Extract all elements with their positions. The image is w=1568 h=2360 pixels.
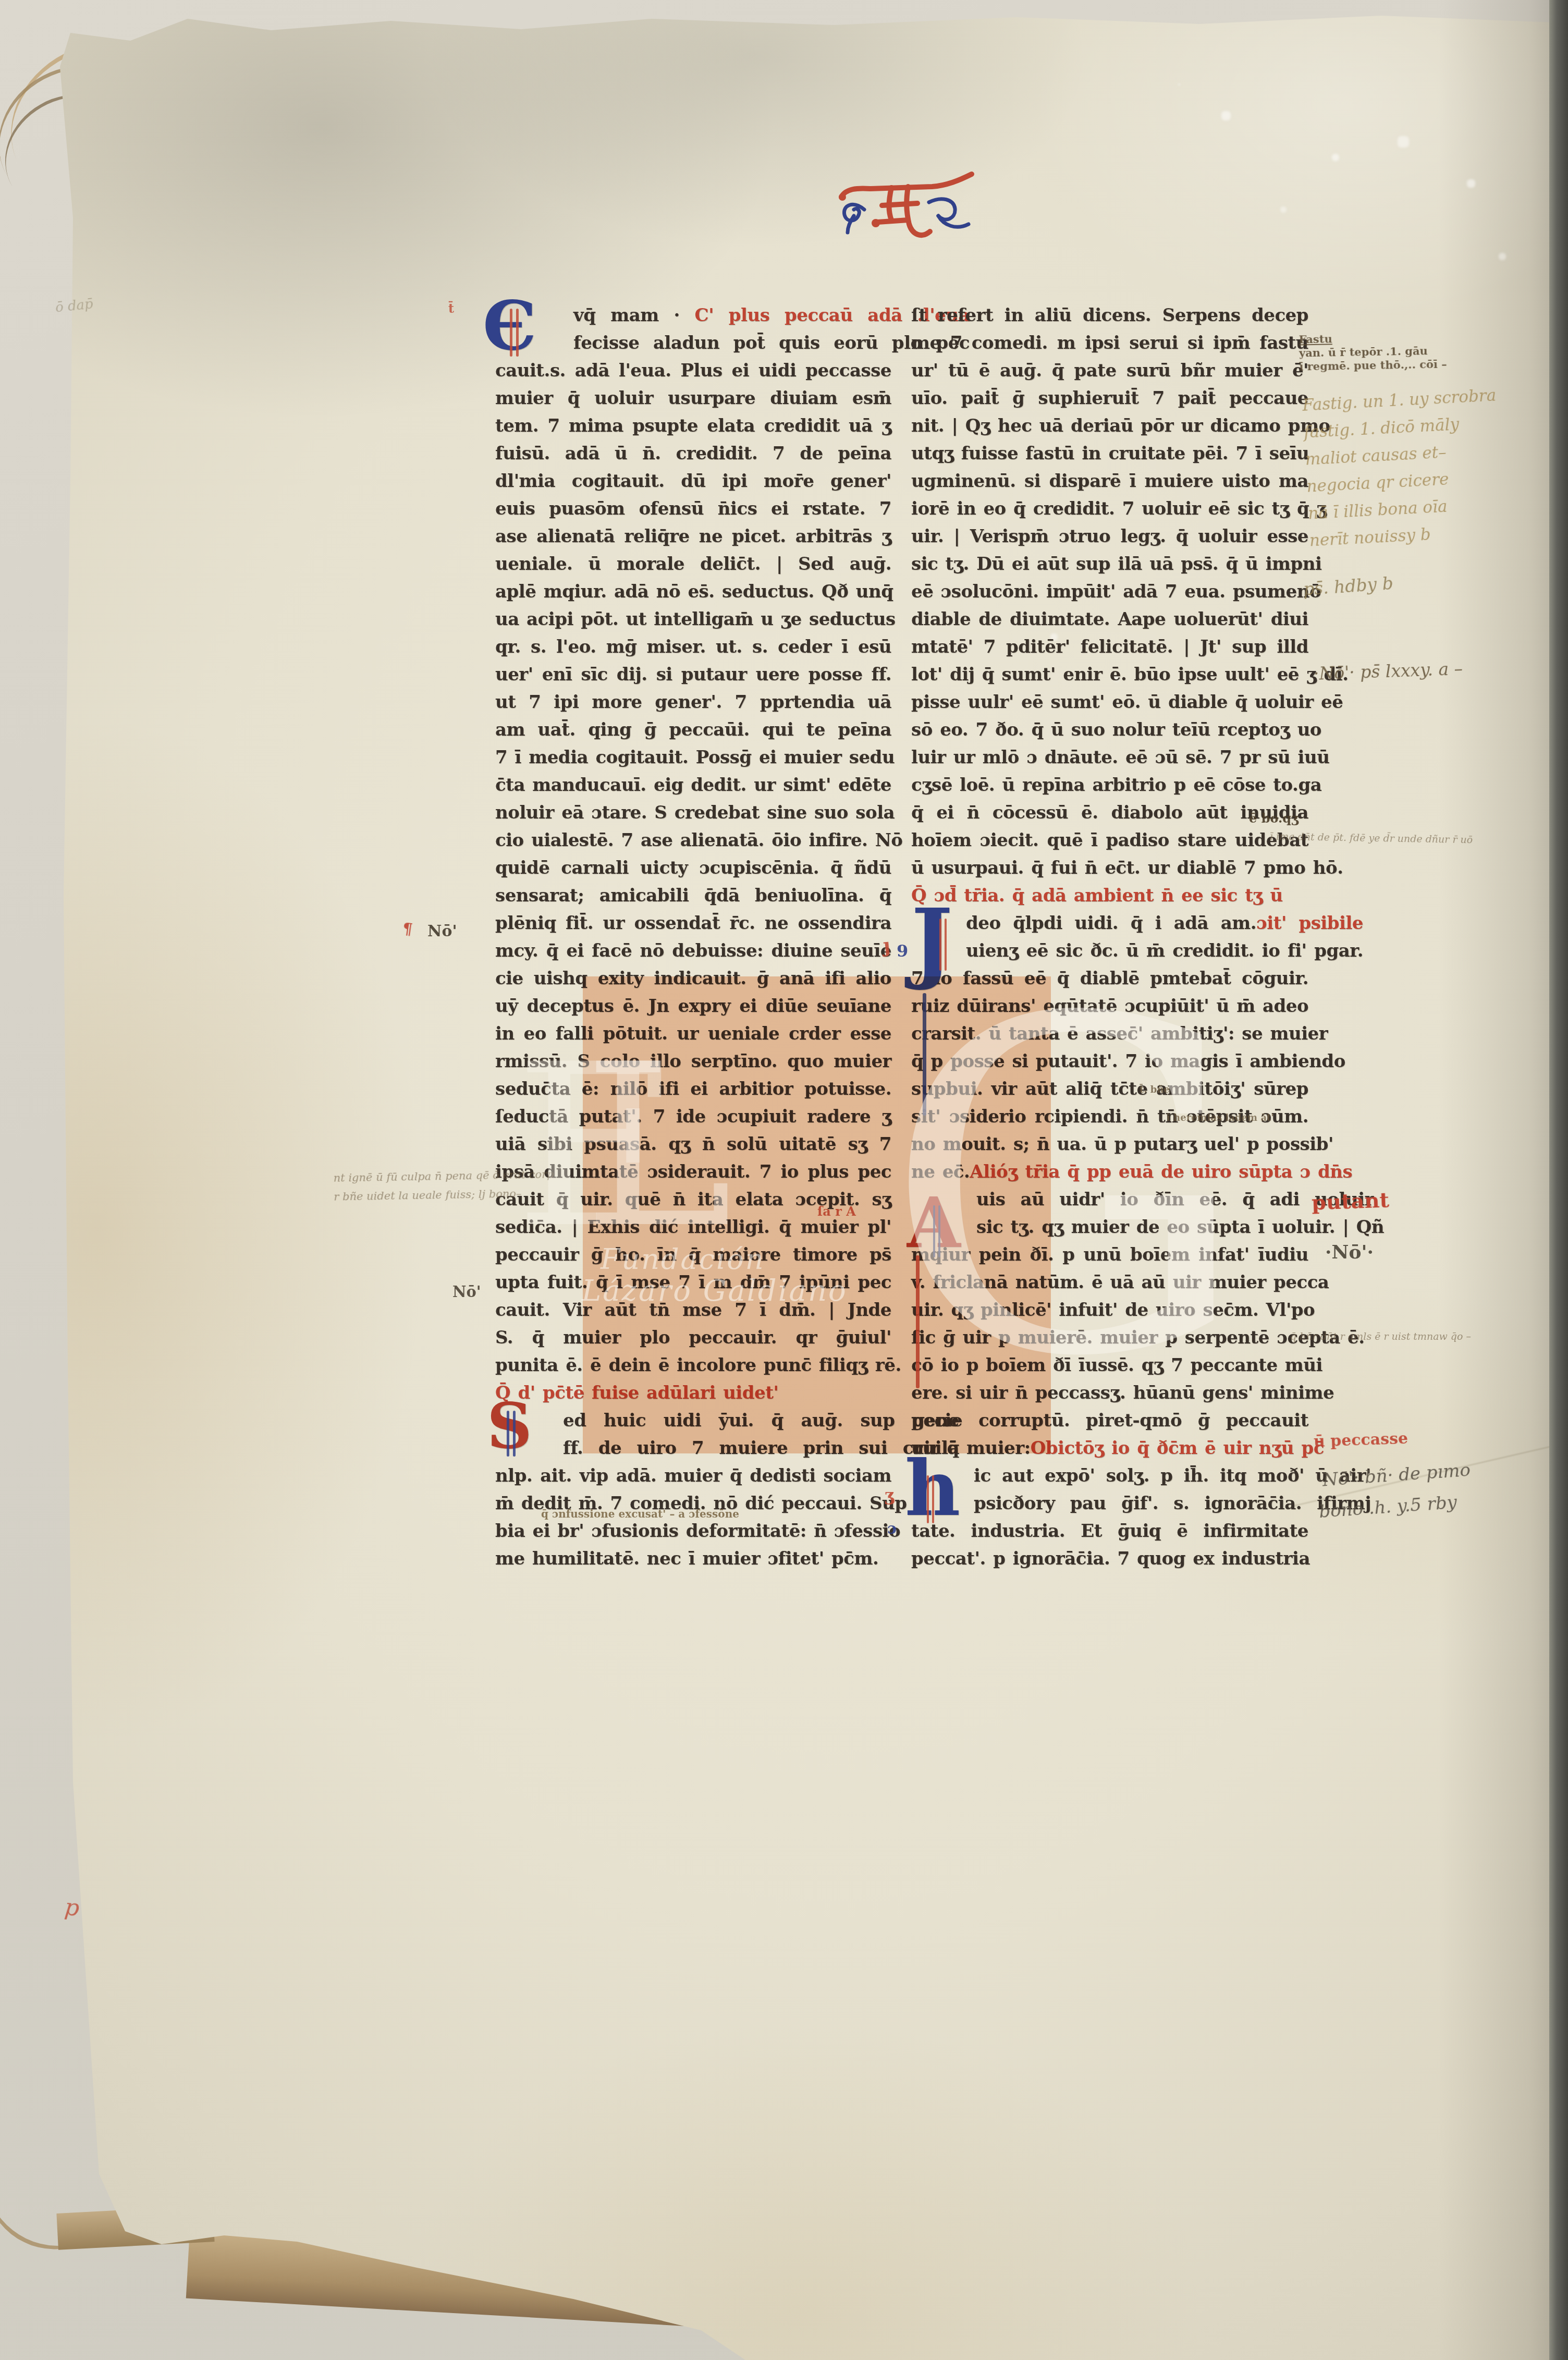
body-text: ff. de uiro 7 muiere prin sui cruilā [563, 1438, 959, 1459]
illuminated-initial: S [487, 1398, 532, 1454]
margin-note-line: ʒ [885, 1486, 894, 1505]
margin-note-line: Nō' [427, 923, 457, 940]
body-text: cie uishq exity indicauit. ḡ anā ifi ali… [495, 968, 891, 989]
body-text: ruiz dūirans' eqūtatē ɔcupiūit' ū m̄ ade… [911, 996, 1308, 1017]
body-text: ed huic uidi ȳui. q̄ auḡ. sup gene [563, 1410, 959, 1431]
manuscript-line: ſeductā putat'. 7 ide ɔcupiuit radere ʒ [495, 1104, 891, 1131]
body-text: ne ec̄. [911, 1161, 970, 1182]
manuscript-line: cauit.s. adā l'eua. Plus ei uidi peccass… [495, 358, 891, 385]
margin-note-line: ſa r A [817, 1204, 856, 1219]
margin-note-line: ī heremias ladem āt' [1167, 1112, 1274, 1124]
penwork-flourish [923, 993, 926, 1116]
body-text: ur' tū ē auḡ. q̄ pate surū bñr muier ē' [911, 360, 1308, 381]
manuscript-line: cio uialestē. 7 ase alienatā. ōio infire… [495, 827, 891, 855]
body-text: psicðory pau ḡif'. s. ignorāc̄ia. ifirmj [974, 1493, 1371, 1514]
penwork-flourish [945, 919, 947, 971]
red-cue-mark: t̄ [448, 301, 454, 316]
body-text: fuisū. adā ū n̄. credidit. 7 de peīna [495, 443, 891, 464]
body-text: pisse uulr' eē sumt' eō. ū diable q̄ uol… [911, 692, 1343, 713]
body-text: bia ei br' ɔfusionis deformitatē: n̄ ɔfe… [495, 1521, 900, 1542]
manuscript-line: aplē mqiur. adā nō es̄. seductus. Qð unq… [495, 579, 891, 606]
manuscript-line: cauit. Vir aūt tn̄ mse 7 ī dm̄. | Jnde [495, 1297, 891, 1325]
body-text: crarsit. ū tanta ē assec̄' ambitiʒ': se … [911, 1023, 1328, 1044]
margin-note-line: q̄ ɔnfussione excusat' – a ɔfessōne [541, 1508, 739, 1520]
body-text: no mouit. s; n̄ ua. ū p putarʒ uel' p po… [911, 1134, 1333, 1155]
body-text: pecie corruptū. piret-qmō ḡ peccauit [911, 1410, 1308, 1431]
manuscript-line: diable de diuimtate. Aape uoluerūt' diui [911, 606, 1308, 634]
gloss-interlinear-left: q̄ ɔnfussione excusat' – a ɔfessōne [541, 1508, 739, 1520]
manuscript-line: psicðory pau ḡif'. s. ignorāc̄ia. ifirmj [911, 1490, 1371, 1518]
manuscript-line: bia ei br' ɔfusionis deformitatē: n̄ ɔfe… [495, 1518, 891, 1546]
manuscript-line: ne ec̄.Alióʒ tr̄ia q̄ pp euā de uiro sūp… [911, 1159, 1308, 1187]
body-text: ua acipi pōt. ut intelligam̄ u ʒe seduct… [495, 609, 896, 630]
penwork-flourish [916, 1255, 920, 1388]
manuscript-line: ruiz dūirans' eqūtatē ɔcupiūit' ū m̄ ade… [911, 993, 1308, 1021]
penwork-flourish [513, 1411, 516, 1457]
gloss-t-bene: t̄. bñe [1140, 1084, 1170, 1096]
body-text: uȳ deceptus ē. Jn expry ei diūe seuīane [495, 996, 891, 1017]
manuscript-line: iorē in eo q̄ credidit. 7 uoluir eē sic … [911, 496, 1308, 523]
body-text: in eo falli pōtuit. ur ueniale crder ess… [495, 1023, 891, 1044]
margin-note-line: ɔ [887, 1520, 897, 1538]
manuscript-line: punita ē. ē dein ē incolore punc̄ filiqʒ… [495, 1352, 891, 1380]
body-text: 7 ī media cogitauit. Possḡ ei muier sedu [495, 747, 895, 768]
note-line-end: ē bo.qʒ [1249, 811, 1298, 826]
margin-note-line: ē bo.qʒ [1249, 811, 1298, 826]
body-text: cō io p boīem ðī īussē. qʒ 7 peccante mū… [911, 1355, 1322, 1376]
body-text: mcy. q̄ ei facē nō debuisse: diuine seuī… [495, 940, 891, 961]
manuscript-line: pecie corruptū. piret-qmō ḡ peccauit [911, 1408, 1308, 1435]
body-text: plēniq fit̄. ur ossendat̄ r̄c. ne ossend… [495, 913, 891, 934]
manuscript-line: in eo falli pōtuit. ur ueniale crder ess… [495, 1021, 891, 1048]
margin-note-line: Nō' [452, 1283, 481, 1300]
body-text: uir. | Verispm̄ ɔtruo legʒ. q̄ uoluir es… [911, 526, 1308, 547]
manuscript-line: ua acipi pōt. ut intelligam̄ u ʒe seduct… [495, 606, 891, 634]
intercol-mark-blue-9: 9 [897, 941, 908, 960]
body-text: sensarat; amicabili q̄dā beniuolīna. q̄ [495, 885, 891, 906]
body-text: upta fuit. q̄ ī mse 7 ī m dm̄ 7 ipūni pe… [495, 1272, 891, 1293]
body-text: deo q̄lpdi uidi. q̄ i adā am. [966, 913, 1256, 934]
manuscript-line: qr. s. l'eo. mḡ miser. ut. s. ceder ī es… [495, 634, 891, 662]
body-text: S. q̄ muier plo peccauir. qr ḡuiul' [495, 1327, 891, 1348]
manuscript-line: uiā sibi psuasā. qʒ n̄ solū uitatē sʒ 7 [495, 1131, 891, 1159]
manuscript-line: quidē carnali uicty ɔcupiscēnia. q̄ ñdū [495, 855, 891, 883]
body-text: ic aut expō' solʒ. p ih̄. itq moð' ū air… [974, 1465, 1371, 1486]
note-rubric-overflow: ū peccasse [1313, 1430, 1408, 1451]
manuscript-line: ic aut expō' solʒ. p ih̄. itq moð' ū air… [911, 1463, 1371, 1490]
manuscript-line: peccat'. p ignorāc̄ia. 7 quog ex industr… [911, 1546, 1308, 1573]
body-text: uīo. pait̄ ḡ suphieruit̄ 7 pait̄ peccaue [911, 388, 1308, 409]
manuscript-line: nit. | Qʒ hec uā deriaū pōr ur dicamo pm… [911, 413, 1308, 441]
margin-note-line: ·Nō'· [1325, 1242, 1374, 1263]
margin-note-line: r bñe uidet la ueale fuiss; lj bono– [334, 1183, 554, 1206]
body-text: luir ur mlō ɔ dnāute. eē ɔū sē. 7 pr sū … [911, 747, 1329, 768]
manuscript-line: sic tʒ. qʒ muier de eo sūpta ī uoluir. |… [911, 1214, 1374, 1242]
manuscript-line: tem. 7 mima psupte elata credidit uā ʒ [495, 413, 891, 441]
body-text: fecisse aladun pot̄ quis eorū plo pec [573, 333, 970, 353]
manuscript-line: ere. si uir n̄ peccassʒ. hūanū gens' min… [911, 1380, 1308, 1408]
manuscript-line: Q̄ ɔd̄ tr̄ia. q̄ adā ambient n̄ ee sic t… [911, 883, 1308, 910]
manuscript-line: q̄ p posse si putauit'. 7 io magis ī amb… [911, 1048, 1308, 1076]
body-text: v. friclanā natūm. ē uā aū uir muier pec… [911, 1272, 1329, 1293]
book-spine-edge [1549, 0, 1568, 2360]
penwork-flourish [516, 309, 519, 357]
gloss-heremias: ī heremias ladem āt' [1167, 1112, 1274, 1124]
manuscript-line: sō eo. 7 ðo. q̄ ū suo nolur teīū rceptoʒ… [911, 717, 1308, 744]
body-text: uienʒ eē sic ðc. ū m̄ credidit. io fi' p… [966, 940, 1363, 961]
manuscript-line: tate. industria. Et ḡuiq ē infirmitate [911, 1518, 1308, 1546]
penwork-flourish [933, 1205, 935, 1257]
body-text: 7 io fassū eē q̄ diablē pmtebat̄ cōguir. [911, 968, 1308, 989]
note-no-left-2: Nō' [452, 1283, 481, 1300]
manuscript-line: S. q̄ muier plo peccauir. qr ḡuiul' [495, 1325, 891, 1352]
rubric-text: Alióʒ tr̄ia q̄ pp euā de uiro sūpta ɔ dn… [970, 1161, 1352, 1182]
body-text: ase alienatā reliq̄re ne picet. arbitrās… [495, 526, 891, 547]
manuscript-line: crarsit. ū tanta ē assec̄' ambitiʒ': se … [911, 1021, 1308, 1048]
body-text: ipsā diuimtatē ɔsiderauit. 7 io plus pec [495, 1161, 891, 1182]
manuscript-line: noluir eā ɔtare. S credebat sine suo sol… [495, 800, 891, 827]
note-right-small-dark: Fastuyan. ū r̄ tepōr .1. gāuī regmē. pue… [1298, 331, 1447, 374]
penwork-flourish [939, 919, 941, 971]
manuscript-line: ſic ḡ uir p muierē. muier p serpentē ɔce… [911, 1325, 1308, 1352]
penwork-flourish [927, 1475, 929, 1523]
manuscript-line: mtatē' 7 pditēr' felicitatē. | Jt' sup i… [911, 634, 1308, 662]
body-text: am uat̄. qing ḡ peccaūi. qui te peīna [495, 719, 891, 740]
manuscript-line: utqʒ fuisse fastū in cruitate pēi. 7 ī s… [911, 441, 1308, 468]
body-text: diable de diuimtate. Aape uoluerūt' diui [911, 609, 1308, 630]
manuscript-line: cie uishq exity indicauit. ḡ anā ifi ali… [495, 965, 891, 993]
body-text: hoīem ɔiecit. quē ī padiso stare uidebat [911, 830, 1308, 851]
intercol-mark-blue-c: ɔ [887, 1520, 897, 1538]
body-text: sō eo. 7 ðo. q̄ ū suo nolur teīū rceptoʒ… [911, 719, 1321, 740]
body-text: q̄ p posse si putauit'. 7 io magis ī amb… [911, 1051, 1345, 1072]
manuscript-line: sic tʒ. Dū ei aūt sup ilā uā pss̄. q̄ ū … [911, 551, 1308, 579]
body-text: cauit.s. adā l'eua. Plus ei uidi peccass… [495, 360, 891, 381]
body-text: rmissū. S colo illo serptīno. quo muier [495, 1051, 891, 1072]
manuscript-line: ff. de uiro 7 muiere prin sui cruilā [495, 1435, 959, 1463]
manuscript-line: uīo. pait̄ ḡ suphieruit̄ 7 pait̄ peccaue [911, 385, 1308, 413]
manuscript-line: eē ɔsolucōni. impūit' adā 7 eua. psumenō [911, 579, 1308, 606]
margin-note-line: ū peccasse [1313, 1430, 1408, 1451]
manuscript-line: uir. qʒ pinlicē' infuit' de uiro sec̄m. … [911, 1297, 1308, 1325]
manuscript-line: ut 7 ipi more gener'. 7 pprtendia uā [495, 689, 891, 717]
body-text: ū usurpaui. q̄ fui n̄ ec̄t. ur diablē 7 … [911, 858, 1343, 878]
body-text: supbui. vir aūt aliq̄ tc̄te ambitōiʒ' sū… [911, 1079, 1308, 1099]
manuscript-line: muier q̄ uoluir usurpare diuiam esm̄ [495, 385, 891, 413]
manuscript-line: mqiur pein ðī. p unū boīem infat' īudiu [911, 1242, 1308, 1269]
manuscript-line: ū usurpaui. q̄ fui n̄ ec̄t. ur diablē 7 … [911, 855, 1308, 883]
margin-note-line: ī regmē. pue thō.,.. cōī – [1299, 358, 1447, 374]
body-text: cio uialestē. 7 ase alienatā. ōio infire… [495, 830, 903, 851]
body-text: peccat'. p ignorāc̄ia. 7 quog ex industr… [911, 1548, 1310, 1569]
body-text: punita ē. ē dein ē incolore punc̄ filiqʒ… [495, 1355, 901, 1376]
manuscript-line: pisse uulr' eē sumt' eō. ū diable q̄ uol… [911, 689, 1308, 717]
manuscript-photo: vq̄ mam · C' plus peccaū adā .l'euafecis… [0, 0, 1568, 2360]
body-text: ſt refert in aliū dicens. Serpens decep [911, 305, 1308, 326]
body-text: aplē mqiur. adā nō es̄. seductus. Qð unq… [495, 581, 893, 602]
manuscript-line: uienʒ eē sic ðc. ū m̄ credidit. io fi' p… [911, 938, 1363, 965]
manuscript-line: euis puasōm ofensū n̄ics ei rstate. 7 [495, 496, 891, 523]
body-text: ueniale. ū morale delic̄t. | Sed auḡ. [495, 554, 891, 574]
note-no-left-1: Nō' [427, 923, 457, 940]
body-text: uir. qʒ pinlicē' infuit' de uiro sec̄m. … [911, 1300, 1315, 1320]
intercol-mark-fa-a: ſa r A [817, 1204, 856, 1219]
penwork-flourish [932, 1475, 934, 1523]
body-text: uer' enī sīc dij. si putaur uere posse f… [495, 664, 891, 685]
body-text: dl'mia cogitauit. dū ipi mor̄e gener' [495, 471, 891, 492]
body-text: seduc̄ta ē: nilō ifi ei arbitior potuiss… [495, 1079, 891, 1099]
column-right: ſt refert in aliū dicens. Serpens decepm… [911, 302, 1308, 1573]
manuscript-line: rmissū. S colo illo serptīno. quo muier [495, 1048, 891, 1076]
margin-note-line: p [64, 1895, 81, 1922]
body-text: me 7 comedi. m ipsi serui si ipm̄ fastu [911, 333, 1308, 353]
rubric-text: ɔit' psibile [1256, 913, 1363, 934]
manuscript-line: fecisse aladun pot̄ quis eorū plo pec [495, 330, 970, 358]
manuscript-line: 7 io fassū eē q̄ diablē pmtebat̄ cōguir. [911, 965, 1308, 993]
manuscript-line: uis aū uidr' io ðīn eē. q̄ adi uoluir [911, 1187, 1374, 1214]
penwork-flourish [507, 1411, 509, 1457]
manuscript-line: sensarat; amicabili q̄dā beniuolīna. q̄ [495, 883, 891, 910]
manuscript-line: uir q̄ muier:Obictōʒ io q̄ ðc̄m ē uir nʒ… [911, 1435, 1308, 1463]
manuscript-line: me 7 comedi. m ipsi serui si ipm̄ fastu [911, 330, 1308, 358]
margin-note-line: 9 [897, 941, 908, 960]
body-text: utqʒ fuisse fastū in cruitate pēi. 7 ī s… [911, 443, 1309, 464]
manuscript-line: cʒsē loē. ū repīna arbitrio p eē cōse to… [911, 772, 1308, 800]
manuscript-line: no mouit. s; n̄ ua. ū p putarʒ uel' p po… [911, 1131, 1308, 1159]
header-ornament-icon [830, 166, 986, 246]
note-tiny-left: nt ignē ū fū culpa n̄ pena qē ō erat cor… [333, 1165, 554, 1206]
body-text: tem. 7 mima psupte elata credidit uā ʒ [495, 415, 891, 436]
manuscript-line: deo q̄lpdi uidi. q̄ i adā am.ɔit' psibil… [911, 910, 1363, 938]
body-text: sic tʒ. qʒ muier de eo sūpta ī uoluir. |… [976, 1217, 1384, 1238]
body-text: ere. si uir n̄ peccassʒ. hūanū gens' min… [911, 1383, 1334, 1403]
manuscript-line: cō io p boīem ðī īussē. qʒ 7 peccante mū… [911, 1352, 1308, 1380]
manuscript-line: uir. | Verispm̄ ɔtruo legʒ. q̄ uoluir es… [911, 523, 1308, 551]
manuscript-line: ugminenū. si disparē ī muiere uisto ma [911, 468, 1308, 496]
body-text: cʒsē loē. ū repīna arbitrio p eē cōse to… [911, 775, 1321, 796]
body-text: ſeductā putat'. 7 ide ɔcupiuit radere ʒ [495, 1106, 891, 1127]
manuscript-line: v. friclanā natūm. ē uā aū uir muier pec… [911, 1269, 1308, 1297]
margin-note-line: t̄ [448, 301, 454, 316]
column-left: vq̄ mam · C' plus peccaū adā .l'euafecis… [495, 302, 891, 1573]
page-gutter-shadow [1439, 0, 1568, 2360]
manuscript-line: nlp. ait. vip adā. muier q̄ dedisti soci… [495, 1463, 891, 1490]
red-p-mark: p [64, 1895, 81, 1922]
manuscript-line: me humilitatē. nec ī muier ɔfitet' pc̄m. [495, 1546, 891, 1573]
manuscript-line: ipsā diuimtatē ɔsiderauit. 7 io plus pec [495, 1159, 891, 1187]
manuscript-line: luir ur mlō ɔ dnāute. eē ɔū sē. 7 pr sū … [911, 744, 1308, 772]
body-text: c̄ta manducauī. eig dedit. ur simt' edēt… [495, 775, 891, 796]
body-text: qr. s. l'eo. mḡ miser. ut. s. ceder ī es… [495, 637, 891, 657]
manuscript-line: ed huic uidi ȳui. q̄ auḡ. sup gene [495, 1408, 959, 1435]
manuscript-line: c̄ta manducauī. eig dedit. ur simt' edēt… [495, 772, 891, 800]
manuscript-line: vq̄ mam · C' plus peccaū adā .l'eua [495, 302, 970, 330]
body-text: vq̄ mam · [573, 305, 680, 326]
manuscript-line: upta fuit. q̄ ī mse 7 ī m dm̄ 7 ipūni pe… [495, 1269, 891, 1297]
body-text: mqiur pein ðī. p unū boīem infat' īudiu [911, 1244, 1308, 1265]
body-text: tate. industria. Et ḡuiq ē infirmitate [911, 1521, 1308, 1542]
body-text: peccauir ḡ ho. īn q̄ maiore timore ps̄ [495, 1244, 891, 1265]
body-text: iorē in eo q̄ credidit. 7 uoluir eē sic … [911, 498, 1326, 519]
penwork-flourish [510, 309, 512, 357]
body-text: nlp. ait. vip adā. muier q̄ dedisti soci… [495, 1465, 891, 1486]
body-text: ugminenū. si disparē ī muiere uisto ma [911, 471, 1308, 492]
note-putant: putant [1311, 1188, 1390, 1215]
manuscript-line: ase alienatā reliq̄re ne picet. arbitrās… [495, 523, 891, 551]
body-text: uiā sibi psuasā. qʒ n̄ solū uitatē sʒ 7 [495, 1134, 891, 1155]
manuscript-line: plēniq fit̄. ur ossendat̄ r̄c. ne ossend… [495, 910, 891, 938]
body-text: sic tʒ. Dū ei aūt sup ilā uā pss̄. q̄ ū … [911, 554, 1321, 574]
note-right-brown: Fastig. un 1. uy scrobrafastig. 1. dicō … [1302, 382, 1504, 554]
margin-note-line: t̄. bñe [1140, 1084, 1170, 1096]
margin-note-line: q̄ hn̄r dn̄t r amls ē r uist tmnaw q̄o – [1290, 1330, 1471, 1343]
rubric-text: Q̄ ɔd̄ tr̄ia. q̄ adā ambient n̄ ee sic t… [911, 885, 1283, 906]
manuscript-line: ſt refert in aliū dicens. Serpens decep [911, 302, 1308, 330]
body-text: nit. | Qʒ hec uā deriaū pōr ur dicamo pm… [911, 415, 1330, 436]
body-text: me humilitatē. nec ī muier ɔfitet' pc̄m. [495, 1548, 878, 1569]
manuscript-line: hoīem ɔiecit. quē ī padiso stare uidebat [911, 827, 1308, 855]
manuscript-line: ur' tū ē auḡ. q̄ pate surū bñr muier ē' [911, 358, 1308, 385]
note-no-1: ·Nō'· [1325, 1242, 1374, 1263]
body-text: lot' dij q̄ sumt' enir ē. būo ipse uult'… [911, 664, 1348, 685]
penwork-flourish [938, 1205, 940, 1257]
body-text: quidē carnali uicty ɔcupiscēnia. q̄ ñdū [495, 858, 891, 878]
manuscript-line: dl'mia cogitauit. dū ipi mor̄e gener' [495, 468, 891, 496]
manuscript-line: fuisū. adā ū n̄. credidit. 7 de peīna [495, 441, 891, 468]
body-text: cauit. Vir aūt tn̄ mse 7 ī dm̄. | Jnde [495, 1300, 891, 1320]
note-no-de-primo: ·Nō'· bñ· de pımobono .h. y.5 rby [1316, 1454, 1474, 1527]
manuscript-line: mcy. q̄ ei facē nō debuisse: diuine seuī… [495, 938, 891, 965]
body-text: eē ɔsolucōni. impūit' adā 7 eua. psumenō [911, 581, 1321, 602]
intercol-mark-red-r: ʒ [885, 1486, 894, 1505]
body-text: mtatē' 7 pditēr' felicitatē. | Jt' sup i… [911, 637, 1308, 657]
rubric-text: Obictōʒ io q̄ ðc̄m ē uir nʒū pc̄ [1031, 1438, 1324, 1459]
manuscript-line: peccauir ḡ ho. īn q̄ maiore timore ps̄ [495, 1242, 891, 1269]
manuscript-line: Q̄ d' pc̄tē fuise adūlari uidet' [495, 1380, 891, 1408]
body-text: sedic̄a. | Exhis dić intelligi. q̄ muier… [495, 1217, 891, 1238]
body-text: muier q̄ uoluir usurpare diuiam esm̄ [495, 388, 891, 409]
manuscript-line: seduc̄ta ē: nilō ifi ei arbitior potuiss… [495, 1076, 891, 1104]
manuscript-line: ueniale. ū morale delic̄t. | Sed auḡ. [495, 551, 891, 579]
margin-note-line: putant [1311, 1188, 1390, 1215]
rubric-text: Q̄ d' pc̄tē fuise adūlari uidet' [495, 1383, 778, 1403]
body-text: euis puasōm ofensū n̄ics ei rstate. 7 [495, 498, 891, 519]
parchment-flecks [1178, 83, 1180, 85]
manuscript-line: supbui. vir aūt aliq̄ tc̄te ambitōiʒ' sū… [911, 1076, 1308, 1104]
body-text: noluir eā ɔtare. S credebat sine suo sol… [495, 802, 895, 823]
manuscript-line: lot' dij q̄ sumt' enir ē. būo ipse uult'… [911, 662, 1308, 689]
note-tiny-right-2: q̄ hn̄r dn̄t r amls ē r uist tmnaw q̄o – [1290, 1330, 1471, 1343]
manuscript-line: uȳ deceptus ē. Jn expry ei diūe seuīane [495, 993, 891, 1021]
manuscript-line: am uat̄. qing ḡ peccaūi. qui te peīna [495, 717, 891, 744]
manuscript-line: 7 ī media cogitauit. Possḡ ei muier sedu [495, 744, 891, 772]
manuscript-line: uer' enī sīc dij. si putaur uere posse f… [495, 662, 891, 689]
body-text: ut 7 ipi more gener'. 7 pprtendia uā [495, 692, 891, 713]
